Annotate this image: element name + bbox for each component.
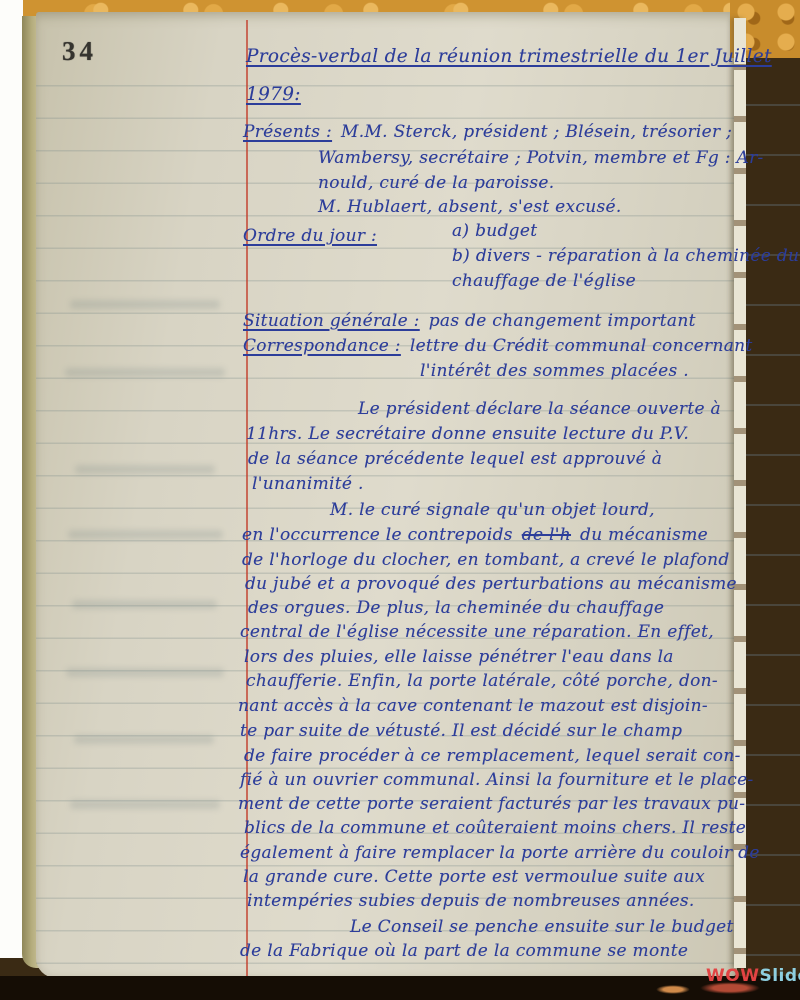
wowslider-watermark: WOWSlider xyxy=(706,966,800,986)
agenda-item-b: b) divers - réparation à la cheminée du xyxy=(452,246,799,266)
agenda-item-b-cont: chauffage de l'église xyxy=(452,271,636,291)
presents-line-4: M. Hublaert, absent, s'est excusé. xyxy=(318,197,622,217)
watermark-slider: Slider xyxy=(759,966,800,986)
paragraph2-line-4: du jubé et a provoqué des perturbations … xyxy=(245,574,737,594)
book-bottom-edge xyxy=(0,976,800,1000)
situation-line: Situation générale :pas de changement im… xyxy=(243,311,696,331)
paragraph2-line-15: également à faire remplacer la porte arr… xyxy=(240,843,760,863)
correspondence-label: Correspondance : xyxy=(243,336,401,356)
paragraph3-line-1: Le Conseil se penche ensuite sur le budg… xyxy=(350,917,734,937)
title-text: Procès-verbal de la réunion trimestriell… xyxy=(246,46,772,67)
correspondence-line-2: l'intérêt des sommes placées . xyxy=(420,361,689,381)
agenda-item-a: a) budget xyxy=(452,221,537,241)
paragraph2-line-6: central de l'église nécessite une répara… xyxy=(240,622,714,642)
paragraph1-line-4: l'unanimité . xyxy=(252,474,364,494)
agenda-label: Ordre du jour : xyxy=(243,226,377,246)
paragraph3-line-2: de la Fabrique où la part de la commune … xyxy=(240,941,688,961)
paragraph2-line-17: intempéries subies depuis de nombreuses … xyxy=(247,891,695,911)
paragraph2-line-16: la grande cure. Cette porte est vermoulu… xyxy=(243,867,705,887)
presents-line-2: Wambersy, secrétaire ; Potvin, membre et… xyxy=(318,148,764,168)
watermark-wow: WOW xyxy=(706,966,759,986)
paragraph1-line-1: Le président déclare la séance ouverte à xyxy=(358,399,721,419)
handwritten-text: Procès-verbal de la réunion trimestriell… xyxy=(0,0,800,1000)
paragraph2-line-14: blics de la commune et coûteraient moins… xyxy=(244,818,746,838)
paragraph2-line-9: nant accès à la cave contenant le mazout… xyxy=(238,696,708,716)
title-line-1: Procès-verbal de la réunion trimestriell… xyxy=(246,46,772,67)
paragraph2-line-12: fié à un ouvrier communal. Ainsi la four… xyxy=(240,770,754,790)
paragraph2-line-13: ment de cette porte seraient facturés pa… xyxy=(238,794,745,814)
presents-line-3: nould, curé de la paroisse. xyxy=(318,173,554,193)
situation-label: Situation générale : xyxy=(243,311,420,331)
paragraph2-line-10: te par suite de vétusté. Il est décidé s… xyxy=(240,721,682,741)
paragraph2-line-8: chaufferie. Enfin, la porte latérale, cô… xyxy=(246,671,718,691)
crossed-out-text: de l'h xyxy=(522,525,571,545)
paragraph2-line-1: M. le curé signale qu'un objet lourd, xyxy=(330,500,655,520)
paragraph2-line-11: de faire procéder à ce remplacement, leq… xyxy=(244,746,741,766)
paragraph1-line-3: de la séance précédente lequel est appro… xyxy=(248,449,662,469)
paragraph2-line-5: des orgues. De plus, la cheminée du chau… xyxy=(248,598,664,618)
paragraph2-line-7: lors des pluies, elle laisse pénétrer l'… xyxy=(244,647,674,667)
agenda-label-line: Ordre du jour : xyxy=(243,226,377,246)
presents-line-1: Présents :M.M. Sterck, président ; Blése… xyxy=(243,122,732,142)
title-year: 1979: xyxy=(246,84,301,105)
paragraph2-line-3: de l'horloge du clocher, en tombant, a c… xyxy=(242,550,730,570)
presents-label: Présents : xyxy=(243,122,332,142)
table-reflection xyxy=(656,985,690,994)
paragraph2-line-2: en l'occurrence le contrepoidsde l'hdu m… xyxy=(242,525,708,545)
paragraph1-line-2: 11hrs. Le secrétaire donne ensuite lectu… xyxy=(246,424,689,444)
scanned-notebook-photo: 34 Procès-verbal de la réunion trimestri… xyxy=(0,0,800,1000)
presents-rest: M.M. Sterck, président ; Blésein, trésor… xyxy=(341,122,732,142)
correspondence-line: Correspondance :lettre du Crédit communa… xyxy=(243,336,753,356)
title-line-2: 1979: xyxy=(246,84,301,105)
